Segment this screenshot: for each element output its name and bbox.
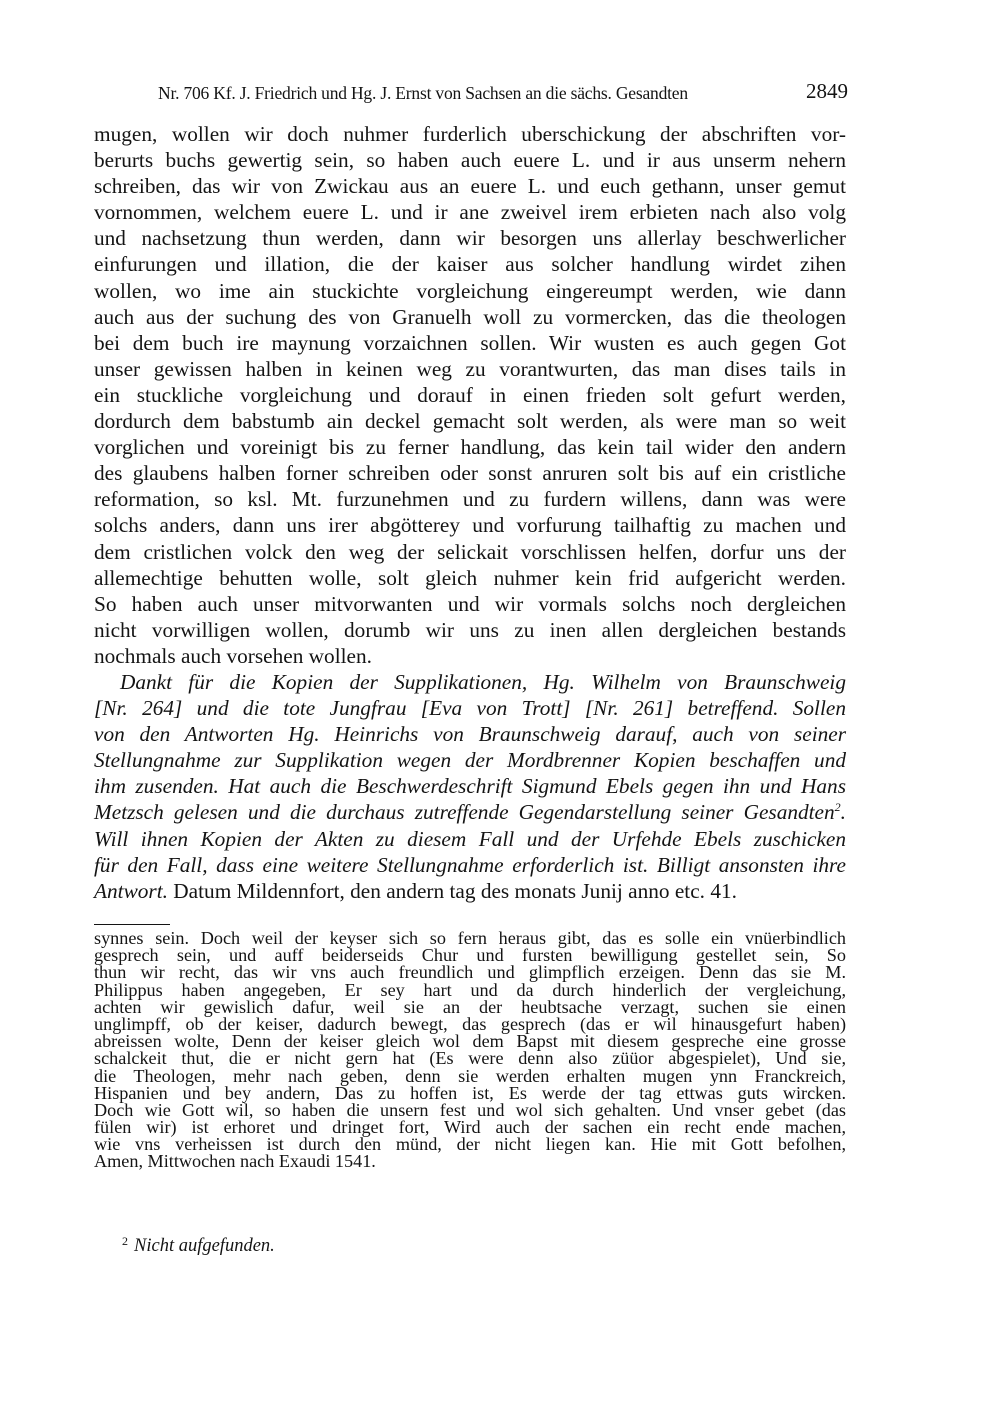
text-line: vornommen, welchem euere L. und ir ane z…: [94, 199, 846, 225]
page-number: 2849: [806, 79, 848, 103]
text-line: dem cristlichen volck den weg der selick…: [94, 539, 846, 565]
footnote-2: 2Nicht aufgefunden.: [94, 1230, 275, 1257]
text-line: So haben auch unser mitvorwanten und wir…: [94, 591, 846, 617]
text-line: vorglichen und voreinigt bis zu ferner h…: [94, 434, 846, 460]
summary-line: für den Fall, dass eine weitere Stellung…: [94, 852, 846, 878]
text-line: ein stuckliche vorgleichung und dorauf i…: [94, 382, 846, 408]
text-line: reformation, so ksl. Mt. furzunehmen und…: [94, 486, 846, 512]
footnote-line: thun wir recht, das wir vns auch freundl…: [94, 964, 846, 981]
text-line: und nachsetzung thun werden, dann wir be…: [94, 225, 846, 251]
summary-line: Stellungnahme zur Supplikation wegen der…: [94, 747, 846, 773]
text-line: nicht vorwilligen wollen, dorumb wir uns…: [94, 617, 846, 643]
summary-text: Metzsch gelesen und die durchaus zutreff…: [94, 800, 835, 824]
summary-line: Will ihnen Kopien der Akten zu diesem Fa…: [94, 826, 846, 852]
summary-line: Dankt für die Kopien der Supplikationen,…: [94, 669, 846, 695]
dating-line: Antwort. Datum Mildennfort, den andern t…: [94, 878, 846, 904]
text-line: wollen, wo ime ain stuckichte vorgleichu…: [94, 278, 846, 304]
main-body: mugen, wollen wir doch nuhmer furderlich…: [94, 121, 846, 904]
text-line: dordurch dem babstumb ain deckel gemacht…: [94, 408, 846, 434]
footnote-text: Nicht aufgefunden.: [134, 1236, 275, 1256]
summary-period: .: [841, 800, 846, 824]
footnote-divider: [94, 924, 170, 925]
footnote-continuation: synnes sein. Doch weil der keyser sich s…: [94, 930, 846, 1171]
text-line: allemechtige behutten wolle, solt gleich…: [94, 565, 846, 591]
running-title: Nr. 706 Kf. J. Friedrich und Hg. J. Erns…: [158, 81, 688, 105]
summary-end: Antwort.: [94, 879, 168, 903]
text-line: einfurungen und illation, die der kaiser…: [94, 251, 846, 277]
summary-line: Metzsch gelesen und die durchaus zutreff…: [94, 799, 846, 825]
footnote-line: schalckeit thut, die er nicht gern hat (…: [94, 1050, 846, 1067]
text-line: berurts buchs gewertig sein, so haben au…: [94, 147, 846, 173]
summary-line: von den Antworten Hg. Heinrichs von Brau…: [94, 721, 846, 747]
text-line: bei dem buch ire maynung vorzaichnen sol…: [94, 330, 846, 356]
text-line: mugen, wollen wir doch nuhmer furderlich…: [94, 121, 846, 147]
text-line: auch aus der suchung des von Granuelh wo…: [94, 304, 846, 330]
summary-line: ihm zusenden. Hat auch die Beschwerdesch…: [94, 773, 846, 799]
footnote-line: Amen, Mittwochen nach Exaudi 1541.: [94, 1153, 846, 1170]
text-line: solchs anders, dann uns irer abgötterey …: [94, 512, 846, 538]
text-line: nochmals auch vorsehen wollen.: [94, 643, 846, 669]
dating-clause: Datum Mildennfort, den andern tag des mo…: [168, 879, 737, 903]
text-line: des glaubens halben forner schreiben ode…: [94, 460, 846, 486]
text-line: unser gewissen halben in keinen weg zu v…: [94, 356, 846, 382]
text-line: schreiben, das wir von Zwickau aus an eu…: [94, 173, 846, 199]
footnote-number: 2: [122, 1234, 128, 1248]
summary-line: [Nr. 264] und die tote Jungfrau [Eva von…: [94, 695, 846, 721]
